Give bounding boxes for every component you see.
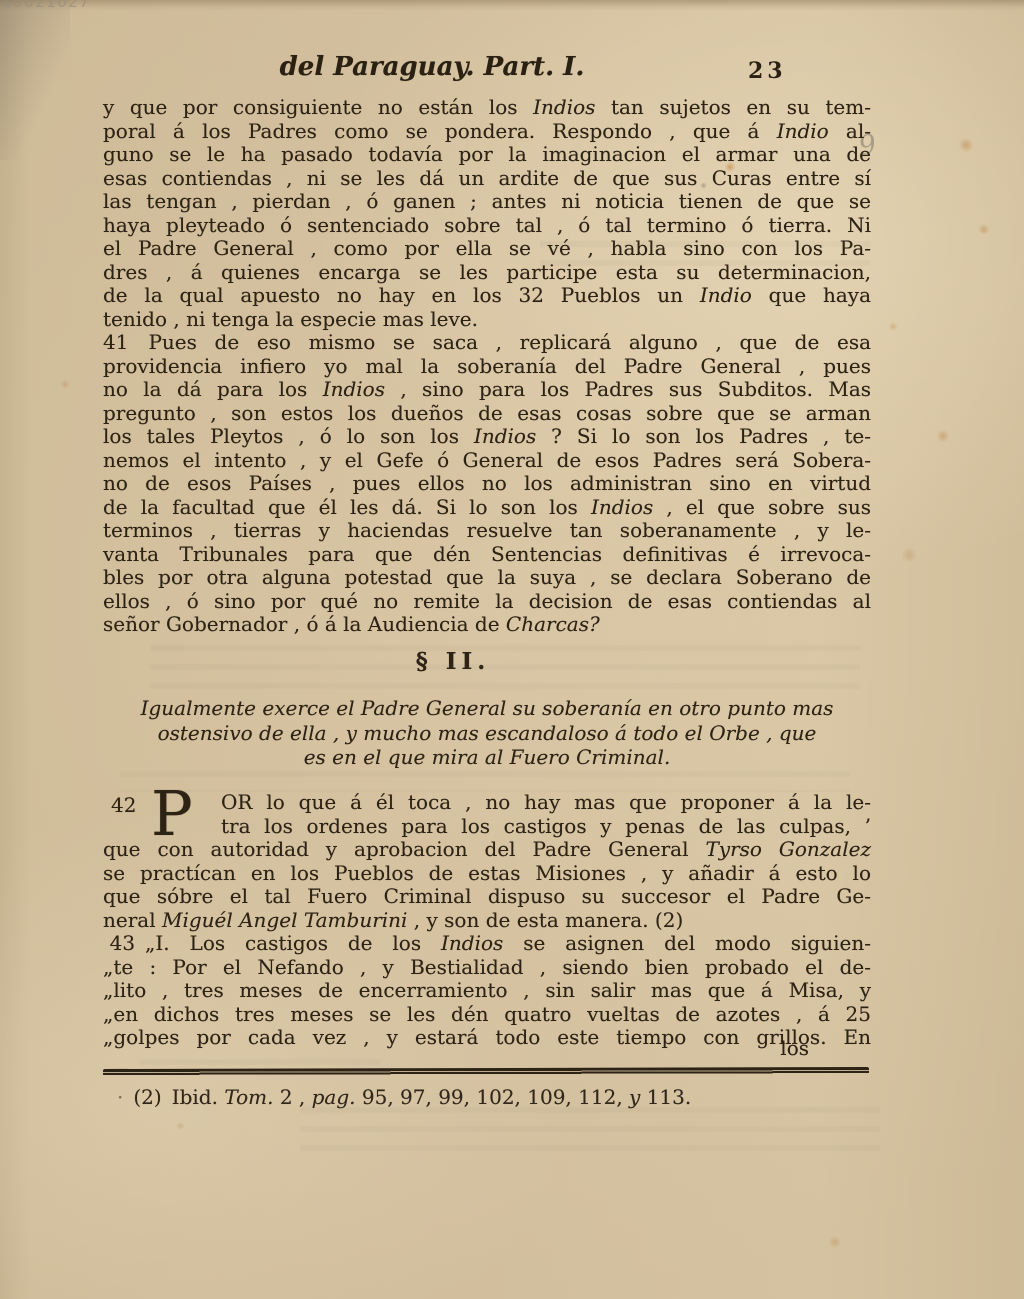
- footnote-rule: [103, 1067, 869, 1076]
- paragraph-42-number: 42: [111, 793, 136, 817]
- foxing-spot: [176, 1122, 185, 1130]
- section-argument: Igualmente exerce el Padre General su so…: [103, 696, 871, 770]
- foxing-spot: [888, 322, 898, 331]
- section-heading: § II.: [103, 648, 803, 675]
- book-page-scan: 10021027 del Paraguay. Part. I. 23 9 y q…: [0, 0, 1024, 1299]
- paragraph-42-lines: OR lo que á él toca , no hay mas que pro…: [103, 791, 871, 932]
- paragraph-42: 42 P OR lo que á él toca , no hay mas qu…: [103, 791, 871, 932]
- paragraph-43: 43 „I. Los castigos de los Indios se asi…: [103, 932, 871, 1050]
- foxing-spot: [958, 138, 974, 152]
- foxing-spot: [936, 430, 950, 442]
- foxing-spot: [828, 1236, 842, 1248]
- foxing-spot: [978, 224, 990, 235]
- page-number: 23: [748, 58, 787, 84]
- paragraph-intro: y que por consiguiente no están los Indi…: [103, 96, 871, 331]
- foxing-spot: [900, 548, 918, 562]
- scan-id-fragment: 10021027: [2, 0, 90, 11]
- drop-cap-P: P: [151, 789, 193, 839]
- running-title: del Paraguay. Part. I.: [48, 52, 816, 82]
- footnote: · (2) Ibid. Tom. 2 , pag. 95, 97, 99, 10…: [117, 1086, 857, 1108]
- foxing-spot: [60, 380, 70, 389]
- catchword: los: [103, 1036, 871, 1060]
- paragraph-41: 41 Pues de eso mismo se saca , replicará…: [103, 331, 871, 637]
- scan-top-edge: [0, 0, 1024, 11]
- page-header: del Paraguay. Part. I. 23: [103, 52, 871, 94]
